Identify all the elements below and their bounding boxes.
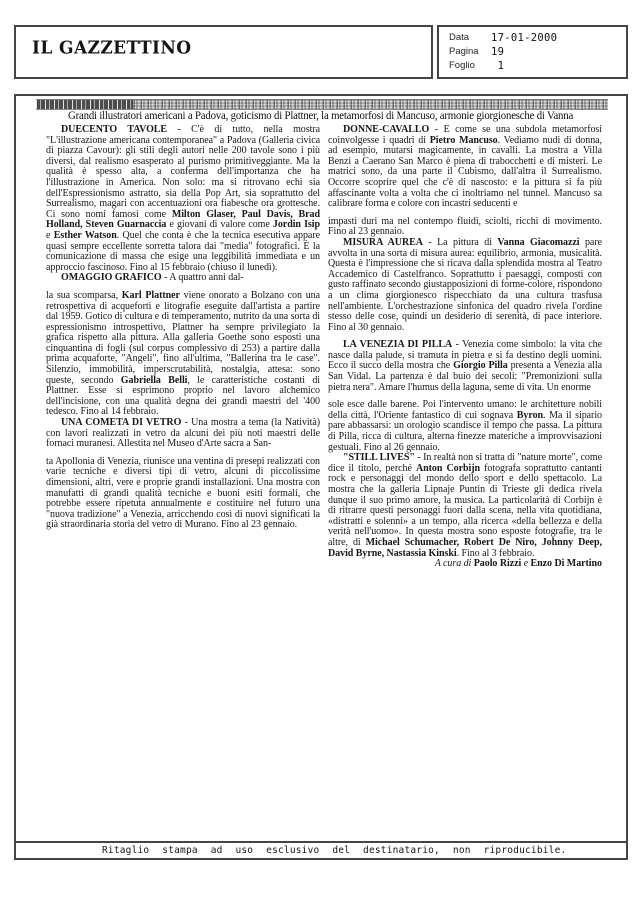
article-paragraph: OMAGGIO GRAFICO - A quattro anni dal-	[46, 273, 320, 284]
text-segment: MISURA AUREA	[343, 237, 423, 248]
article-paragraph: "STILL LIVES" - In realtà non si tratta …	[328, 453, 602, 559]
article-paragraph: impasti duri ma nel contempo fluidi, sci…	[328, 217, 602, 238]
text-segment: Pietro Mancuso	[430, 135, 498, 146]
meta-value: 17-01-2000	[491, 31, 557, 45]
text-segment: DONNE-CAVALLO	[343, 124, 429, 135]
article-columns: DUECENTO TAVOLE - C'è di tutto, nella mo…	[46, 125, 602, 570]
article-block: DUECENTO TAVOLE - C'è di tutto, nella mo…	[46, 125, 320, 284]
text-segment: Byron	[517, 410, 543, 421]
text-segment: la sua scomparsa,	[46, 290, 122, 301]
text-segment: pare avvolta in una sorta di misura aure…	[328, 237, 602, 333]
article-column: DUECENTO TAVOLE - C'è di tutto, nella mo…	[46, 125, 320, 531]
text-segment: Esther Watson	[54, 230, 117, 241]
article-paragraph: ta Apollonia di Venezia, riunisce una ve…	[46, 457, 320, 531]
text-segment: ta Apollonia di Venezia, riunisce una ve…	[46, 456, 320, 531]
text-segment: "STILL LIVES"	[343, 452, 415, 463]
masthead-box: IL GAZZETTINO	[14, 25, 433, 79]
text-segment: Vanna Giacomazzi	[497, 237, 579, 248]
meta-label: Pagina	[449, 45, 491, 59]
article-block: LA VENEZIA DI PILLA - Venezia come simbo…	[328, 340, 602, 393]
meta-value: 19	[491, 45, 504, 59]
text-segment: - La pittura di	[423, 237, 497, 248]
meta-row: Foglio 1	[449, 59, 620, 73]
text-segment: Gabriella Belli	[121, 375, 188, 386]
text-segment: fotografa soprattutto cantanti rock e pe…	[328, 463, 602, 548]
footer-disclaimer: Ritaglio stampa ad uso esclusivo del des…	[102, 845, 566, 856]
text-segment: Jordin Isip	[273, 219, 320, 230]
article-paragraph: DUECENTO TAVOLE - C'è di tutto, nella mo…	[46, 125, 320, 273]
clipping-box: Grandi illustratori americani a Padova, …	[14, 94, 628, 860]
text-segment: Paolo Rizzi	[474, 558, 522, 569]
text-segment: e	[521, 558, 530, 569]
article-headline-text: Grandi illustratori americani a Padova, …	[68, 109, 573, 122]
article-block: DONNE-CAVALLO - E come se una subdola me…	[328, 125, 602, 210]
article-paragraph: DONNE-CAVALLO - E come se una subdola me…	[328, 125, 602, 210]
article-paragraph: la sua scomparsa, Karl Plattner viene on…	[46, 291, 320, 418]
text-segment: Enzo Di Martino	[531, 558, 602, 569]
article-paragraph: LA VENEZIA DI PILLA - Venezia come simbo…	[328, 340, 602, 393]
meta-table: Data17-01-2000Pagina19Foglio 1	[449, 31, 620, 73]
text-segment: e	[46, 230, 54, 241]
press-clipping-page: { "page": { "colors": { "paper": "#fffff…	[0, 0, 642, 900]
article-block: impasti duri ma nel contempo fluidi, sci…	[328, 217, 602, 334]
article-paragraph: MISURA AUREA - La pittura di Vanna Giaco…	[328, 238, 602, 333]
article-column: DONNE-CAVALLO - E come se una subdola me…	[328, 125, 602, 570]
text-segment: OMAGGIO GRAFICO	[61, 272, 162, 283]
article-block: ta Apollonia di Venezia, riunisce una ve…	[46, 457, 320, 531]
meta-row: Pagina19	[449, 45, 620, 59]
meta-value: 1	[491, 59, 504, 73]
text-segment: A cura di	[435, 558, 474, 569]
text-segment: UNA COMETA DI VETRO	[61, 417, 181, 428]
text-segment: . Vediamo nudi di donna, ad esempio, mut…	[328, 135, 602, 210]
article-paragraph: sole esce dalle barene. Poi l'intervento…	[328, 400, 602, 453]
kicker-bar-dark-patch	[36, 100, 133, 109]
meta-row: Data17-01-2000	[449, 31, 620, 45]
meta-label: Data	[449, 31, 491, 45]
text-segment: e giovani di valore come	[166, 219, 273, 230]
article-block: sole esce dalle barene. Poi l'intervento…	[328, 400, 602, 570]
meta-label: Foglio	[449, 59, 491, 73]
text-segment: impasti duri ma nel contempo fluidi, sci…	[328, 216, 602, 238]
text-segment: viene onorato a Bolzano con una retrospe…	[46, 290, 320, 386]
article-byline: A cura di Paolo Rizzi e Enzo Di Martino	[328, 559, 602, 570]
footer-strip: Ritaglio stampa ad uso esclusivo del des…	[16, 841, 626, 858]
text-segment: Anton Corbijn	[416, 463, 480, 474]
text-segment: - A quattro anni dal-	[162, 272, 244, 283]
text-segment: DUECENTO TAVOLE	[61, 124, 167, 135]
masthead-title: IL GAZZETTINO	[32, 38, 192, 59]
text-segment: LA VENEZIA DI PILLA	[343, 339, 452, 350]
text-segment: Giorgio Pilla	[453, 360, 508, 371]
article-paragraph: UNA COMETA DI VETRO - Una mostra a tema …	[46, 418, 320, 450]
meta-box: Data17-01-2000Pagina19Foglio 1	[437, 25, 628, 79]
article-headline: Grandi illustratori americani a Padova, …	[16, 109, 626, 122]
text-segment: . Fino al 3 febbraio.	[457, 548, 535, 559]
text-segment: Karl Plattner	[122, 290, 180, 301]
article-block: la sua scomparsa, Karl Plattner viene on…	[46, 291, 320, 450]
text-segment: - C'è di tutto, nella mostra "L'illustra…	[46, 124, 320, 220]
